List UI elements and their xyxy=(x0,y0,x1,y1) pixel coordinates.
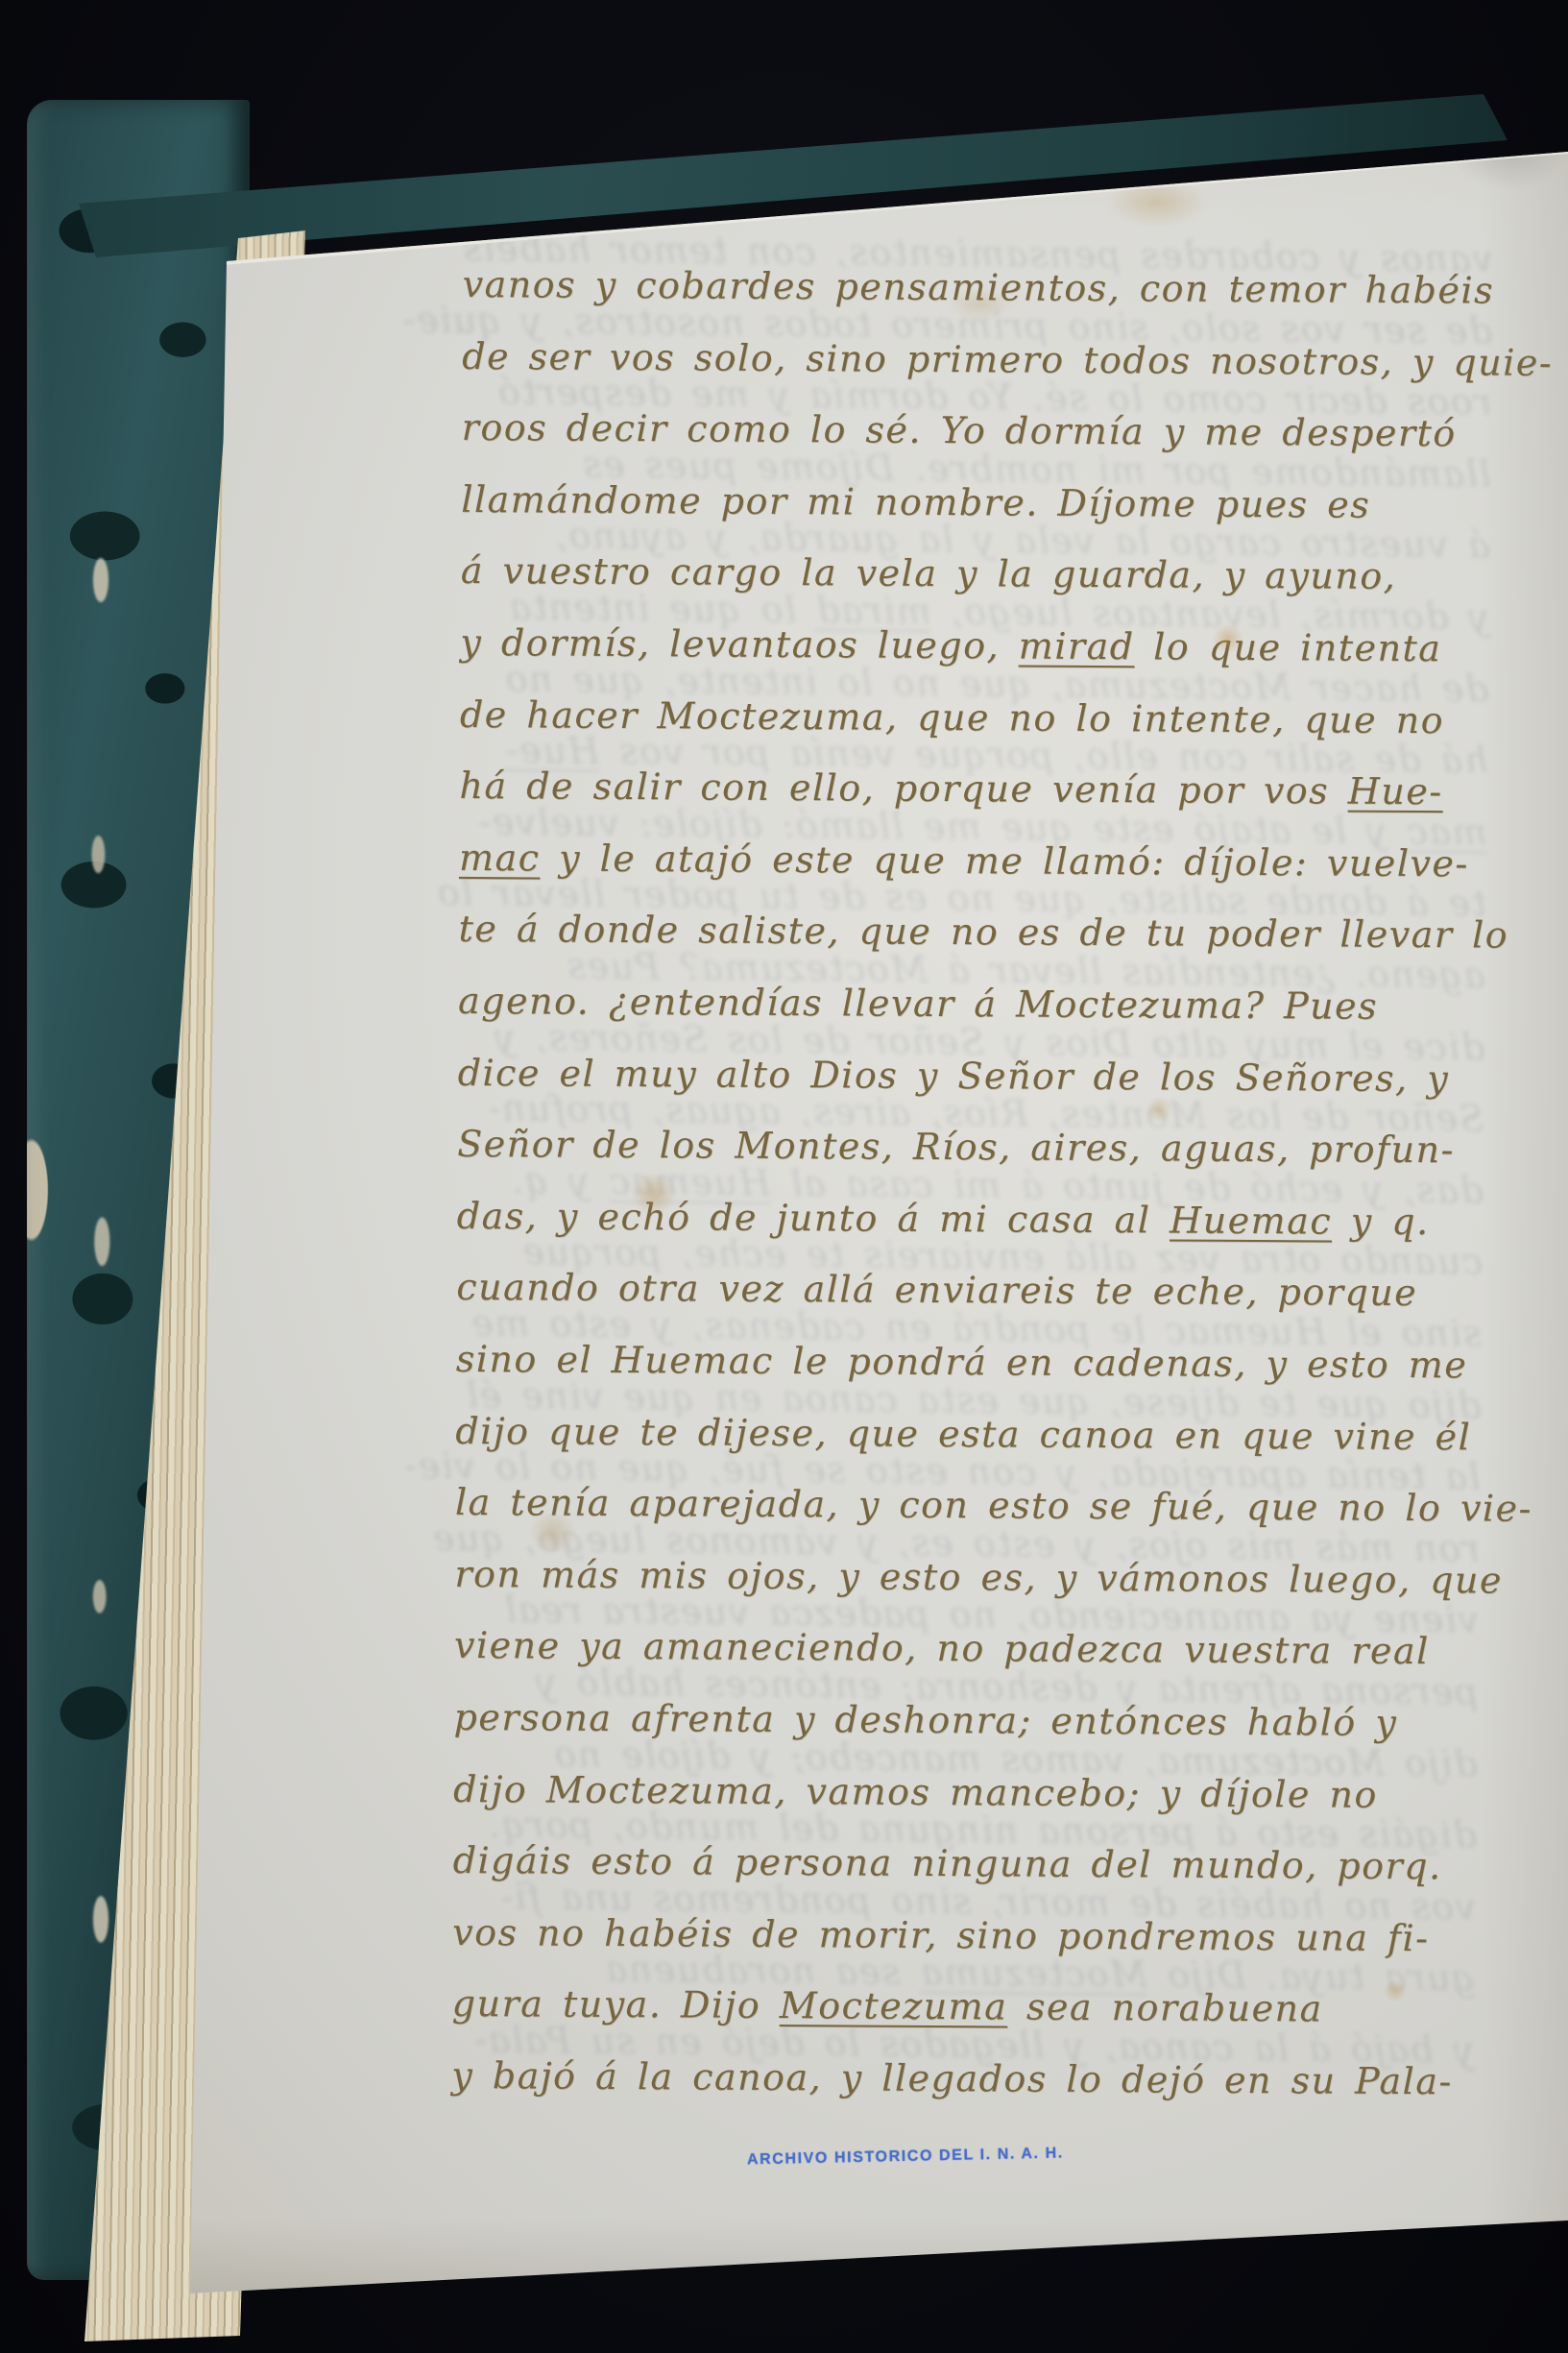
handwritten-text: y le atajó este que me llamó: díjole: vu… xyxy=(540,837,1469,885)
underlined-word: mirad xyxy=(1019,624,1135,667)
manuscript-line: viene ya amaneciendo, no padezca vuestra… xyxy=(454,1616,1430,1680)
book-photo: vanos y cobardes pensamientos, con temor… xyxy=(0,0,1568,2353)
manuscript-line: Señor de los Montes, Ríos, aires, aguas,… xyxy=(457,1115,1455,1178)
manuscript-line: ron más mis ojos, y esto es, y vámonos l… xyxy=(454,1545,1503,1610)
manuscript-line: vos no habéis de morir, sino pondremos u… xyxy=(452,1904,1430,1967)
handwritten-text: y q. xyxy=(1332,1200,1430,1243)
manuscript-line: dice el muy alto Dios y Señor de los Señ… xyxy=(457,1044,1449,1107)
handwritten-text: llamándome por mi nombre. Díjome pues es xyxy=(461,478,1370,526)
handwritten-text: vanos y cobardes pensamientos, con temor… xyxy=(463,263,1495,312)
manuscript-line: gura tuya. Dijo Moctezuma sea norabuena xyxy=(452,1975,1323,2038)
handwritten-text: lo que intenta xyxy=(1134,625,1441,669)
manuscript-line: vanos y cobardes pensamientos, con temor… xyxy=(462,255,1494,320)
underlined-word: Huemac xyxy=(1170,1199,1332,1242)
handwritten-text: dice el muy alto Dios y Señor de los Señ… xyxy=(458,1052,1450,1100)
manuscript-line: de ser vos solo, sino primero todos noso… xyxy=(462,327,1553,392)
handwritten-text: de ser vos solo, sino primero todos noso… xyxy=(462,335,1553,384)
manuscript-line: ageno. ¿entendías llevar á Moctezuma? Pu… xyxy=(458,972,1378,1035)
manuscript-line: das, y echó de junto á mi casa al Huemac… xyxy=(457,1187,1430,1250)
manuscript-text: vanos y cobardes pensamientos, con temor… xyxy=(0,0,1568,2353)
manuscript-line: y dormís, levantaos luego, mirad lo que … xyxy=(460,614,1441,677)
handwritten-text: persona afrenta y deshonra; entónces hab… xyxy=(453,1696,1397,1744)
manuscript-page: vanos y cobardes pensamientos, con temor… xyxy=(0,0,1568,2353)
handwritten-text: á vuestro cargo la vela y la guarda, y a… xyxy=(461,549,1397,597)
handwritten-text: y bajó á la canoa, y llegados lo dejó en… xyxy=(451,2054,1453,2102)
handwritten-text: roos decir como lo sé. Yo dormía y me de… xyxy=(462,406,1457,454)
handwritten-text: digáis esto á persona ninguna del mundo,… xyxy=(453,1839,1442,1887)
manuscript-line: sino el Huemac le pondrá en cadenas, y e… xyxy=(456,1330,1468,1394)
manuscript-line: cuando otra vez allá enviareis te eche, … xyxy=(456,1258,1417,1322)
handwritten-text: há de salir con ello, porque venía por v… xyxy=(459,764,1348,813)
handwritten-text: vos no habéis de morir, sino pondremos u… xyxy=(452,1911,1430,1959)
manuscript-line: llamándome por mi nombre. Díjome pues es xyxy=(461,471,1370,534)
handwritten-text: cuando otra vez allá enviareis te eche, … xyxy=(456,1266,1417,1314)
manuscript-line: te á donde saliste, que no es de tu pode… xyxy=(458,900,1508,964)
handwritten-text: dijo que te dijese, que esta canoa en qu… xyxy=(455,1410,1471,1458)
handwritten-text: viene ya amaneciendo, no padezca vuestra… xyxy=(454,1624,1430,1672)
manuscript-line: la tenía aparejada, y con esto se fué, q… xyxy=(455,1473,1532,1538)
handwritten-text: sea norabuena xyxy=(1007,1986,1323,2030)
handwritten-text: gura tuya. Dijo xyxy=(452,1982,780,2026)
underlined-word: Hue- xyxy=(1348,770,1443,813)
manuscript-line: roos decir como lo sé. Yo dormía y me de… xyxy=(462,399,1457,462)
manuscript-line: há de salir con ello, porque venía por v… xyxy=(459,757,1443,820)
handwritten-text: de hacer Moctezuma, que no lo intente, q… xyxy=(460,693,1444,741)
manuscript-line: dijo Moctezuma, vamos mancebo; y díjole … xyxy=(453,1760,1378,1824)
handwritten-text: ageno. ¿entendías llevar á Moctezuma? Pu… xyxy=(458,980,1378,1028)
manuscript-line: dijo que te dijese, que esta canoa en qu… xyxy=(455,1402,1471,1466)
manuscript-line: persona afrenta y deshonra; entónces hab… xyxy=(453,1688,1397,1752)
manuscript-line: mac y le atajó este que me llamó: díjole… xyxy=(459,829,1469,892)
handwritten-text: das, y echó de junto á mi casa al xyxy=(457,1195,1170,1242)
handwritten-text: te á donde saliste, que no es de tu pode… xyxy=(458,908,1508,957)
manuscript-line: á vuestro cargo la vela y la guarda, y a… xyxy=(461,542,1397,605)
manuscript-line: digáis esto á persona ninguna del mundo,… xyxy=(452,1831,1441,1895)
cover-wear-marks xyxy=(88,499,113,2113)
handwritten-text: la tenía aparejada, y con esto se fué, q… xyxy=(455,1481,1532,1530)
handwritten-text: Señor de los Montes, Ríos, aires, aguas,… xyxy=(457,1123,1455,1171)
underlined-word: Moctezuma xyxy=(780,1984,1008,2027)
handwritten-text: y dormís, levantaos luego, xyxy=(460,621,1019,667)
manuscript-line: y bajó á la canoa, y llegados lo dejó en… xyxy=(451,2047,1453,2110)
manuscript-line: de hacer Moctezuma, que no lo intente, q… xyxy=(460,686,1444,749)
handwritten-text: ron más mis ojos, y esto es, y vámonos l… xyxy=(454,1553,1503,1602)
handwritten-text: sino el Huemac le pondrá en cadenas, y e… xyxy=(456,1338,1468,1386)
underlined-word: mac xyxy=(459,837,541,880)
handwritten-text: dijo Moctezuma, vamos mancebo; y díjole … xyxy=(453,1768,1378,1816)
